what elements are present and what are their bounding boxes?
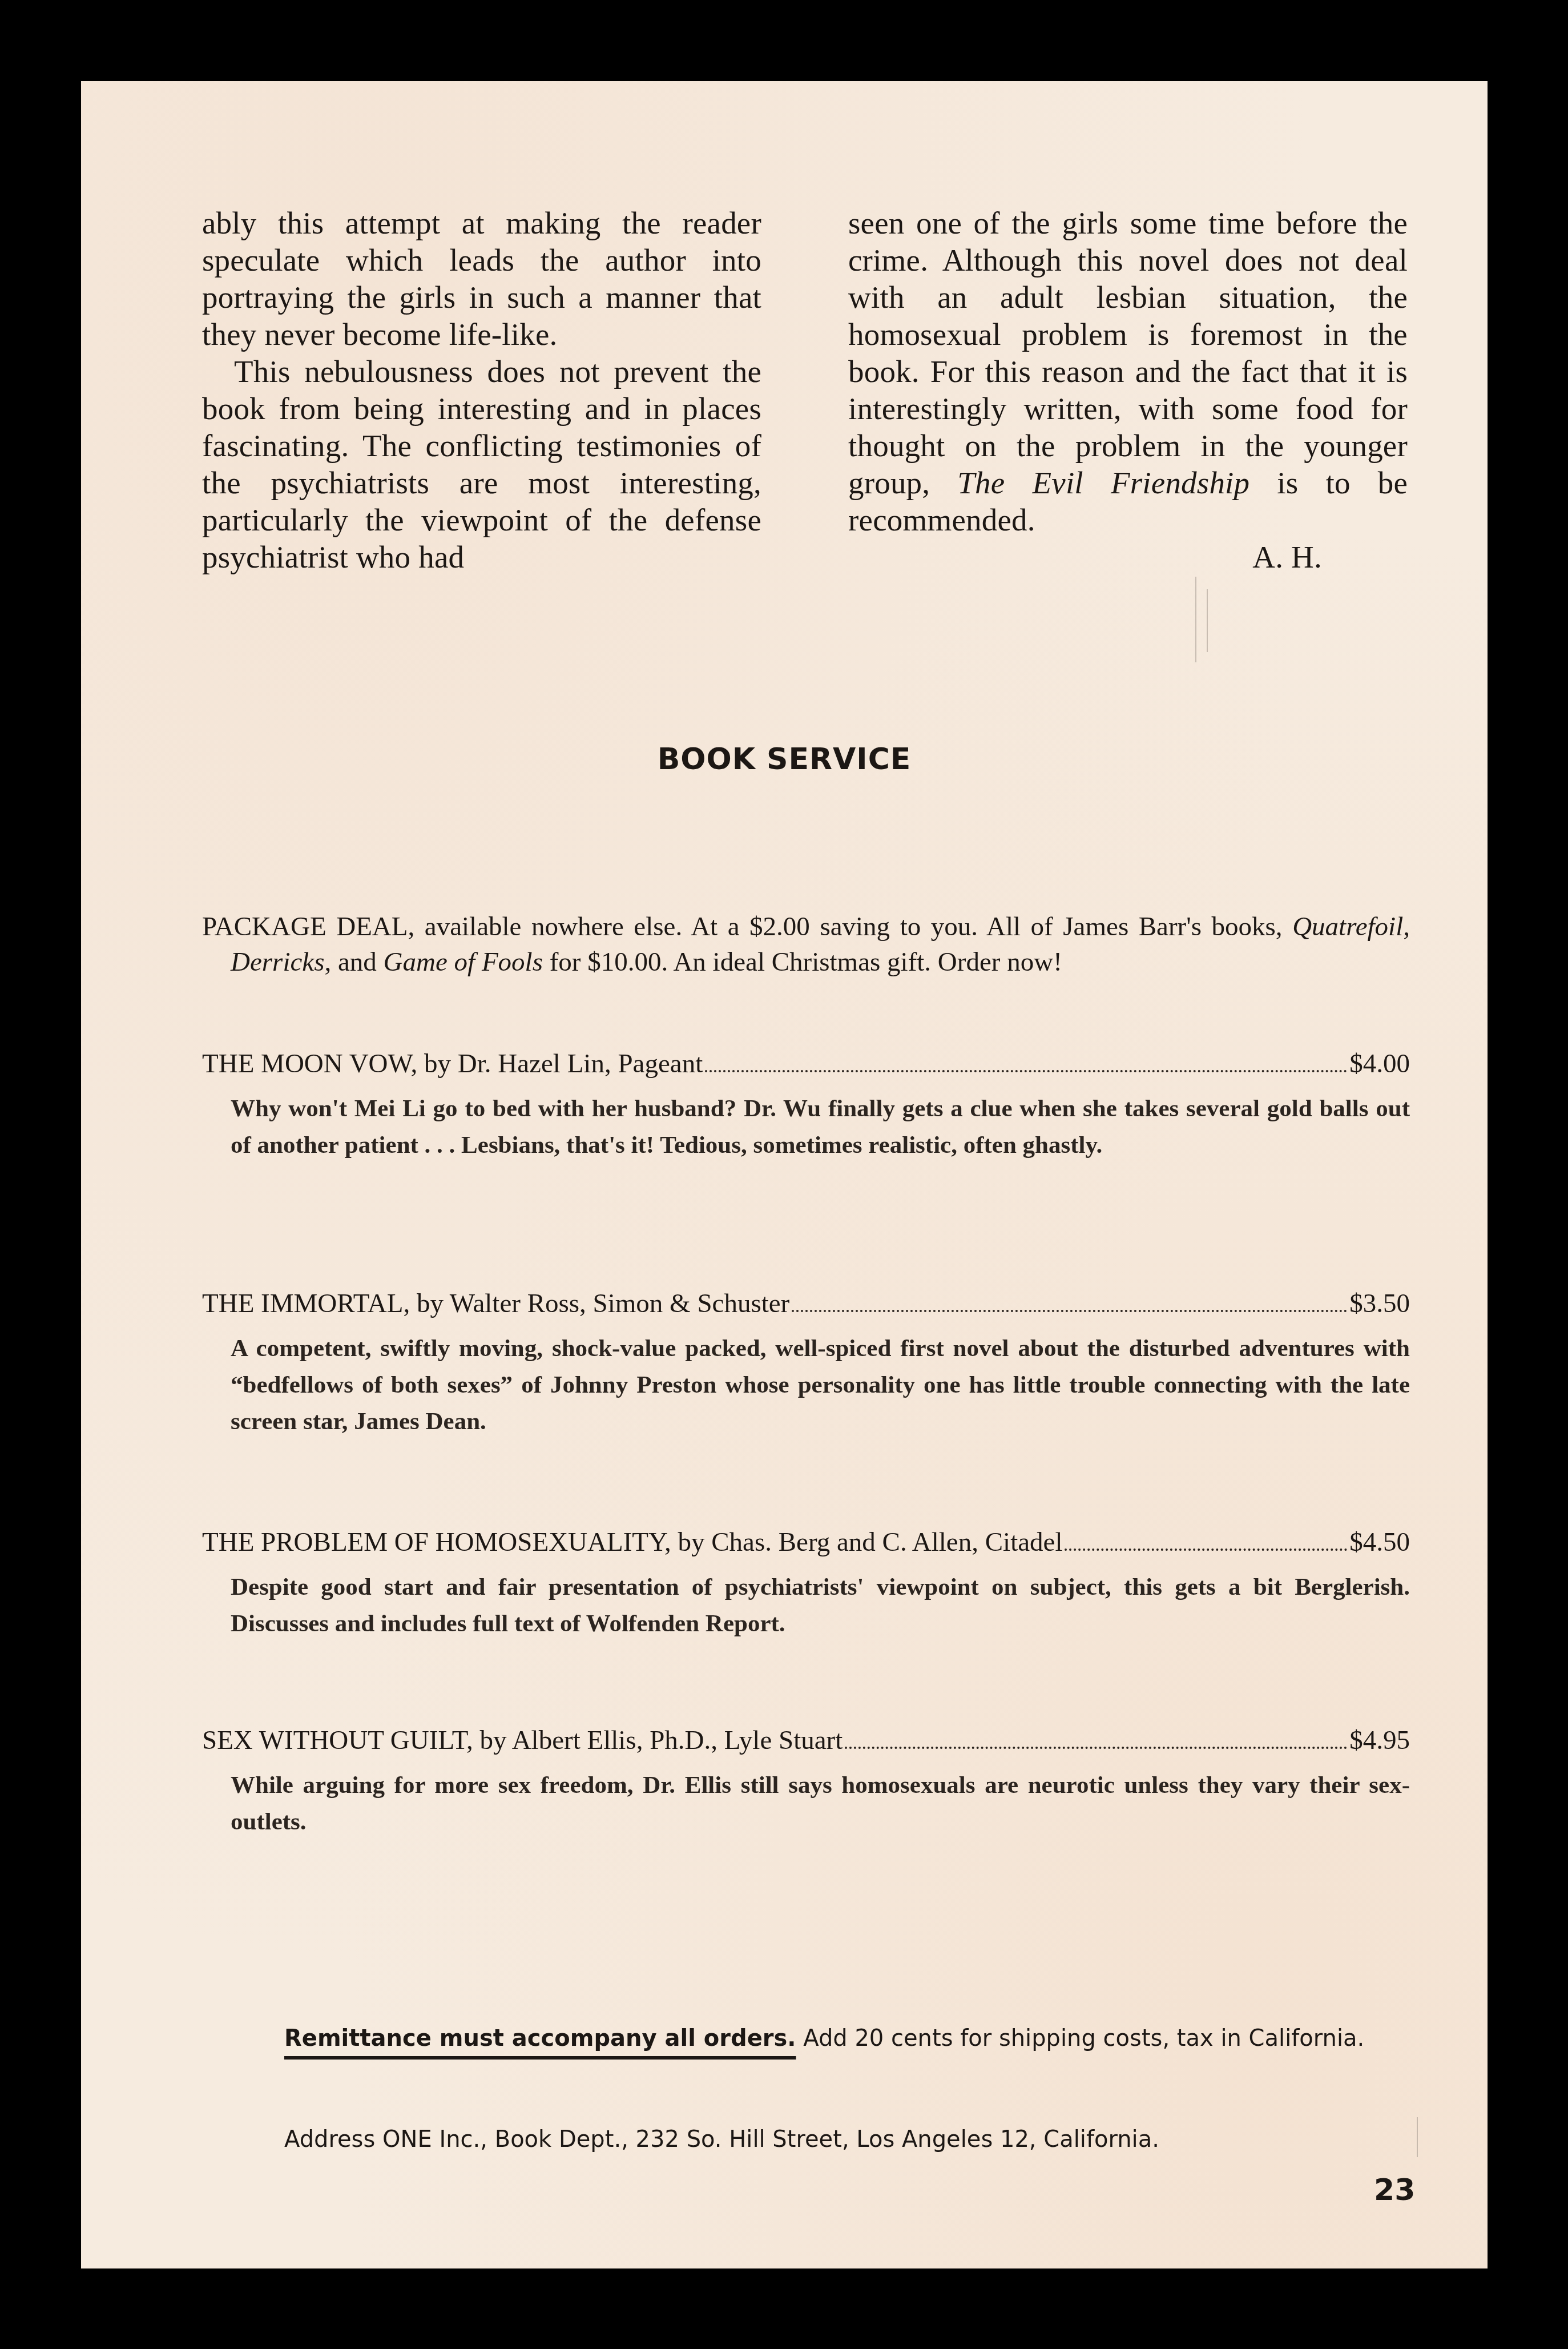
review-paragraph: ably this attempt at making the reader s… (202, 204, 761, 353)
book-entry: SEX WITHOUT GUILT, by Albert Ellis, Ph.D… (202, 1723, 1410, 1840)
book-entry-header: THE IMMORTAL, by Walter Ross, Simon & Sc… (202, 1286, 1410, 1321)
package-deal: PACKAGE DEAL, available nowhere else. At… (202, 909, 1410, 980)
section-title: BOOK SERVICE (81, 742, 1488, 777)
book-entry-title: THE IMMORTAL, by Walter Ross, Simon & Sc… (202, 1286, 789, 1321)
book-entry: THE MOON VOW, by Dr. Hazel Lin, Pageant … (202, 1046, 1410, 1164)
book-price: $4.95 (1349, 1723, 1410, 1758)
book-entry-header: SEX WITHOUT GUILT, by Albert Ellis, Ph.D… (202, 1723, 1410, 1758)
review-text: seen one of the girls some time before t… (848, 206, 1408, 500)
remittance-emphasis: Remittance must accompany all orders. (284, 2025, 796, 2052)
leader-dots (845, 1747, 1347, 1749)
remittance-note: Remittance must accompany all orders. Ad… (284, 2025, 1506, 2052)
book-price: $4.50 (1349, 1525, 1410, 1560)
book-title: Derricks (231, 947, 324, 977)
leader-dots (705, 1070, 1347, 1072)
book-entry-header: THE MOON VOW, by Dr. Hazel Lin, Pageant … (202, 1046, 1410, 1081)
book-entry-title: THE MOON VOW, by Dr. Hazel Lin, Pageant (202, 1046, 703, 1081)
review-right-column: seen one of the girls some time before t… (848, 204, 1408, 576)
leader-dots (792, 1310, 1347, 1312)
review-paragraph: This nebulousness does not prevent the b… (202, 353, 761, 576)
book-entry: THE PROBLEM OF HOMOSEXUALITY, by Chas. B… (202, 1525, 1410, 1642)
page-number: 23 (1374, 2173, 1415, 2207)
scan-mark (1207, 589, 1208, 652)
package-text: PACKAGE DEAL, available nowhere else. At… (202, 912, 1292, 942)
package-text: , and (324, 947, 383, 977)
book-price: $4.00 (1349, 1046, 1410, 1081)
book-price: $3.50 (1349, 1286, 1410, 1321)
mailing-address: Address ONE Inc., Book Dept., 232 So. Hi… (284, 2126, 1159, 2153)
review-paragraph: seen one of the girls some time before t… (848, 204, 1408, 538)
magazine-page: ably this attempt at making the reader s… (81, 81, 1488, 2268)
book-entry-header: THE PROBLEM OF HOMOSEXUALITY, by Chas. B… (202, 1525, 1410, 1560)
book-title: Game of Fools (384, 947, 543, 977)
remittance-details: Add 20 cents for shipping costs, tax in … (796, 2025, 1365, 2052)
leader-dots (1065, 1548, 1347, 1551)
book-description: While arguing for more sex freedom, Dr. … (202, 1767, 1410, 1840)
book-entry-title: THE PROBLEM OF HOMOSEXUALITY, by Chas. B… (202, 1525, 1062, 1560)
book-description: Why won't Mei Li go to bed with her husb… (202, 1091, 1410, 1164)
book-entry: THE IMMORTAL, by Walter Ross, Simon & Sc… (202, 1286, 1410, 1440)
book-description: Despite good start and fair presentation… (202, 1569, 1410, 1642)
book-description: A competent, swiftly moving, shock-value… (202, 1330, 1410, 1440)
package-text: for $10.00. An ideal Christmas gift. Ord… (543, 947, 1062, 977)
review-left-column: ably this attempt at making the reader s… (202, 204, 761, 576)
reviewed-book-title: The Evil Friendship (957, 465, 1249, 500)
review-signature: A. H. (848, 538, 1408, 576)
scan-mark (1195, 577, 1196, 662)
package-text: , (1403, 912, 1410, 942)
book-title: Quatrefoil (1292, 912, 1403, 942)
book-entry-title: SEX WITHOUT GUILT, by Albert Ellis, Ph.D… (202, 1723, 843, 1758)
scan-mark (1417, 2117, 1418, 2157)
